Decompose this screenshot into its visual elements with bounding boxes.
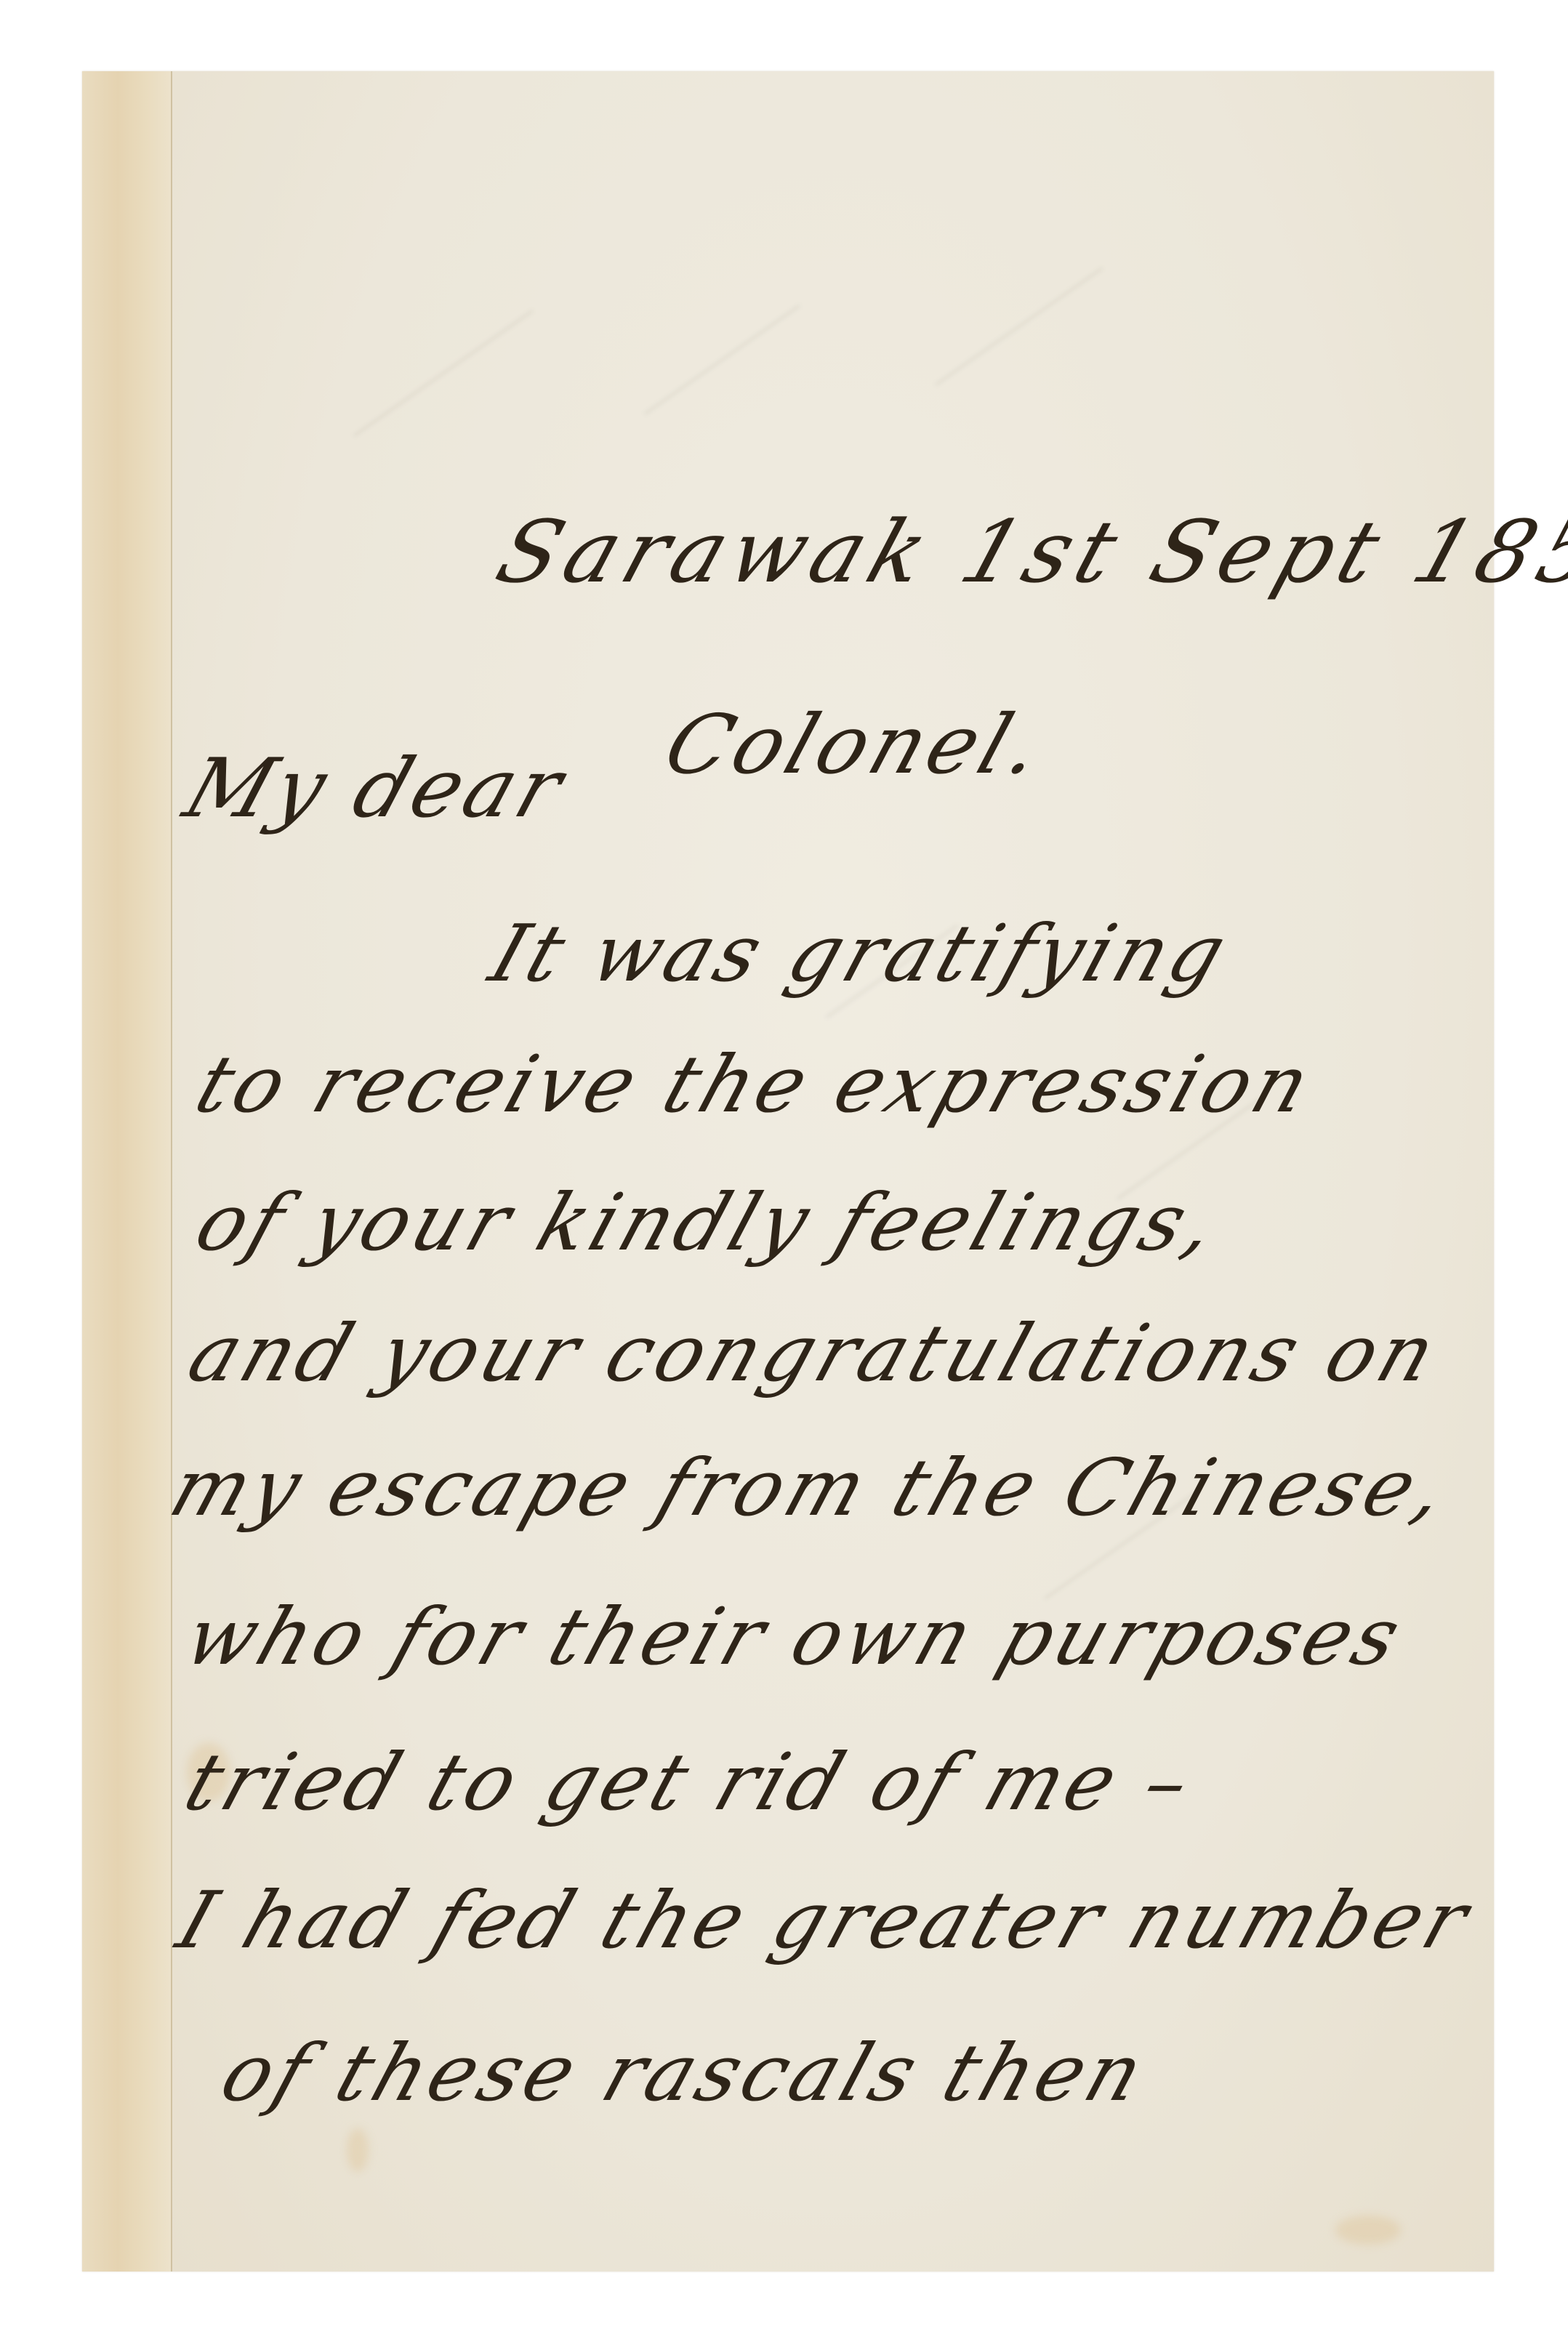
binding-margin-strip (82, 71, 172, 2271)
body-line-2: to receive the expression (185, 1039, 1325, 1130)
paper-stain (1335, 2216, 1401, 2245)
ink-bleed-through (353, 310, 533, 437)
salutation-name: Colonel. (654, 698, 1058, 792)
place-date-heading: Sarawak 1st Sept 1857 (486, 502, 1568, 602)
body-line-8: I had fed the greater number (167, 1875, 1483, 1966)
body-line-9: of these rascals then (211, 2028, 1159, 2119)
body-line-1: It was gratifying (480, 909, 1241, 999)
paper-stain (347, 2128, 369, 2172)
salutation-prefix: My dear (174, 741, 578, 836)
ink-bleed-through (644, 305, 800, 415)
body-line-7: tried to get rid of me – (174, 1737, 1206, 1828)
body-line-3: of your kindly feelings, (185, 1178, 1231, 1268)
body-line-4: and your congratulations on (178, 1308, 1451, 1399)
body-line-5: my escape from the Chinese, (160, 1443, 1461, 1534)
body-line-6: who for their own purposes (174, 1592, 1415, 1683)
ink-bleed-through (935, 267, 1103, 386)
